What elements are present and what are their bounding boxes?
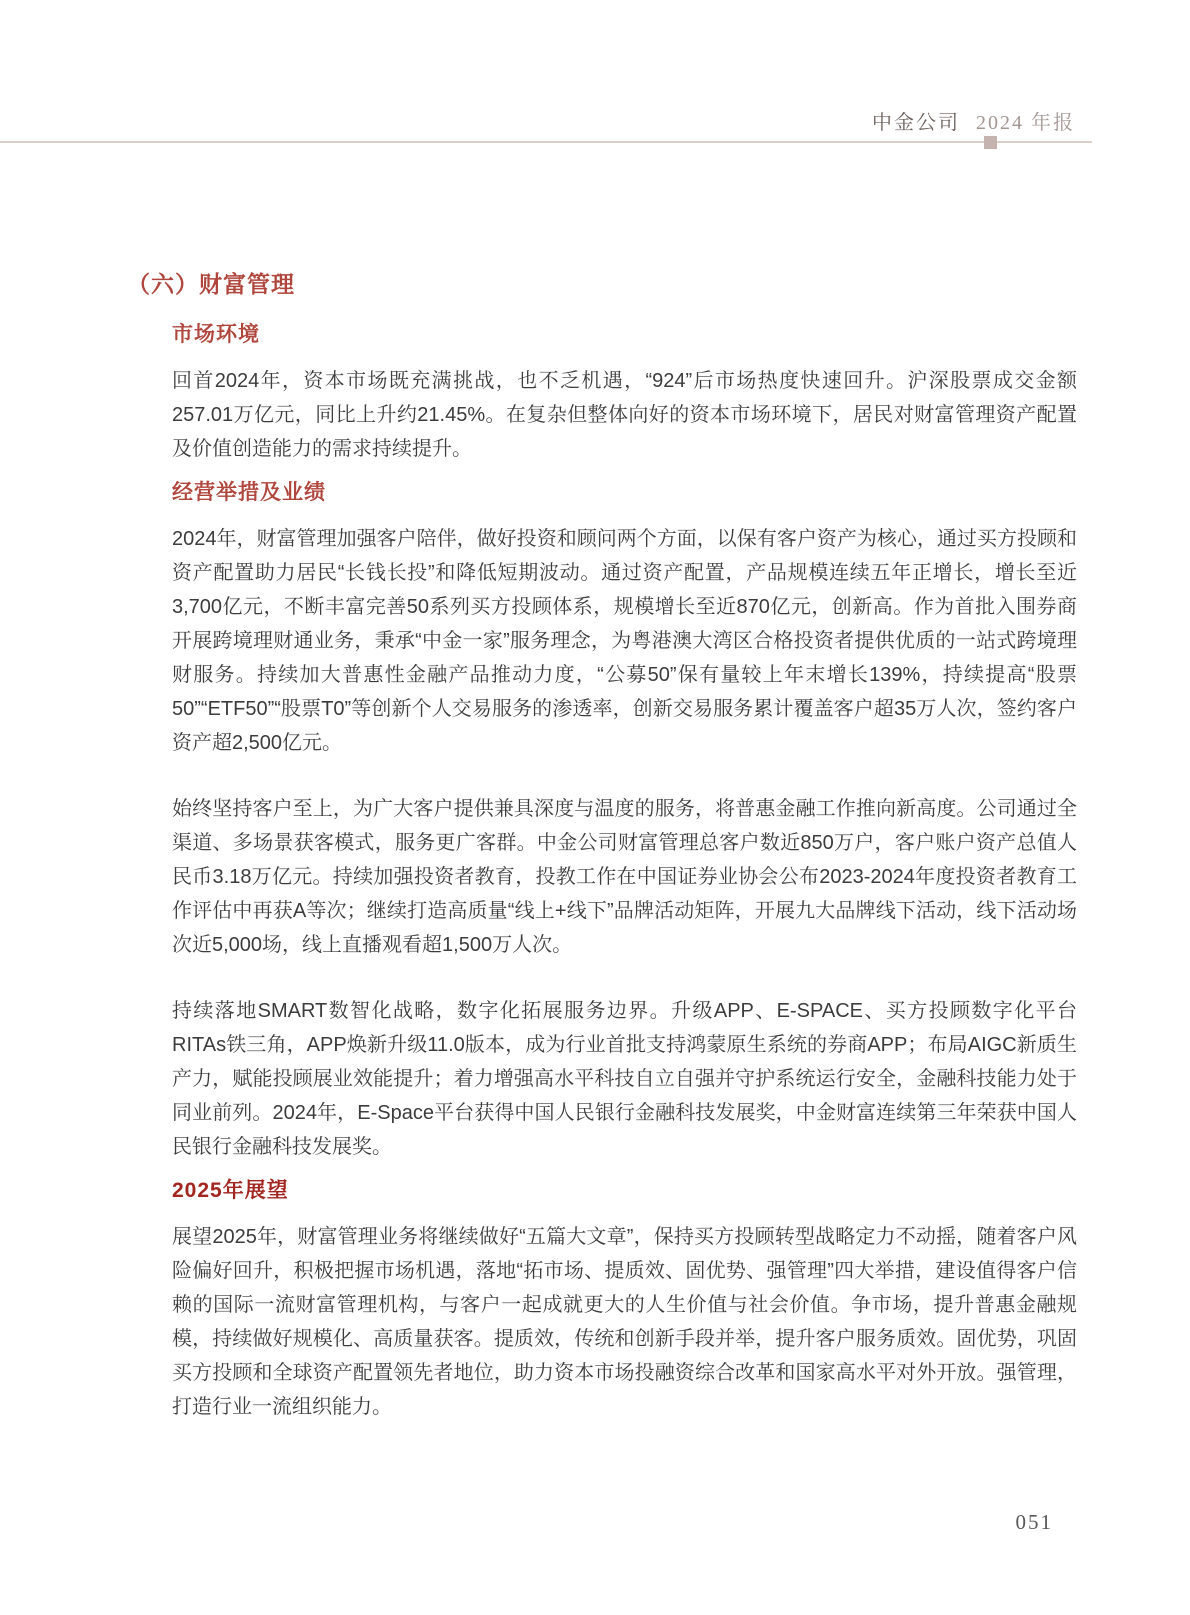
page-number: 051 [1016,1510,1054,1535]
paragraph-outlook: 展望2025年，财富管理业务将继续做好“五篇大文章”，保持买方投顾转型战略定力不… [172,1220,1077,1424]
subsection-operations: 经营举措及业绩 2024年，财富管理加强客户陪伴，做好投资和顾问两个方面，以保有… [172,476,1077,1164]
section-body: 市场环境 回首2024年，资本市场既充满挑战，也不乏机遇，“924”后市场热度快… [172,318,1077,1424]
subsection-title-market: 市场环境 [172,318,1077,348]
header-rule-line [0,141,1092,143]
paragraph-operations-1: 2024年，财富管理加强客户陪伴，做好投资和顾问两个方面，以保有客户资产为核心，… [172,522,1077,760]
header-rule-square-marker [984,136,997,149]
header-report-year: 2024 年报 [976,112,1075,134]
subsection-title-outlook: 2025年展望 [172,1174,1077,1204]
paragraph-operations-3: 持续落地SMART数智化战略，数字化拓展服务边界。升级APP、E-SPACE、买… [172,994,1077,1164]
report-page: 中金公司2024 年报 （六）财富管理 市场环境 回首2024年，资本市场既充满… [0,0,1190,1615]
subsection-outlook: 2025年展望 展望2025年，财富管理业务将继续做好“五篇大文章”，保持买方投… [172,1174,1077,1424]
page-header: 中金公司2024 年报 [872,106,1075,135]
header-company-name: 中金公司 [872,112,960,134]
section-title: （六）财富管理 [127,266,1079,299]
subsection-title-operations: 经营举措及业绩 [172,476,1077,506]
paragraph-operations-2: 始终坚持客户至上，为广大客户提供兼具深度与温度的服务，将普惠金融工作推向新高度。… [172,792,1077,962]
subsection-market-environment: 市场环境 回首2024年，资本市场既充满挑战，也不乏机遇，“924”后市场热度快… [172,318,1077,466]
main-content: （六）财富管理 市场环境 回首2024年，资本市场既充满挑战，也不乏机遇，“92… [127,266,1079,1434]
paragraph-market: 回首2024年，资本市场既充满挑战，也不乏机遇，“924”后市场热度快速回升。沪… [172,364,1077,466]
